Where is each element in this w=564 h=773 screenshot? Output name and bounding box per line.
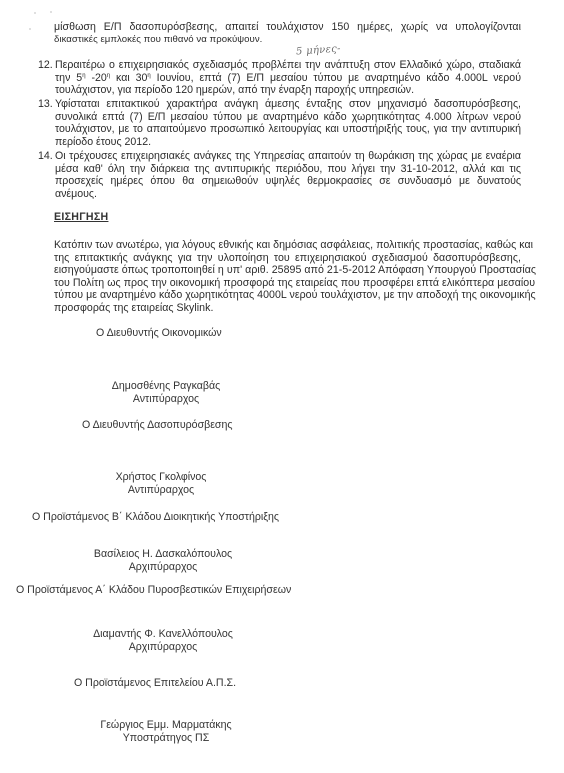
text-line: Κατόπιν των ανωτέρω, για λόγους εθνικής … — [54, 239, 521, 252]
item-number: 14. — [38, 150, 54, 163]
scan-speck — [29, 28, 31, 30]
text-line: εισηγούμαστε όπως τροποποιηθεί η υπ' αρι… — [54, 264, 521, 277]
recommendation-paragraph: Κατόπιν των ανωτέρω, για λόγους εθνικής … — [54, 239, 521, 315]
signatory-rank: Αντιπύραρχος — [104, 393, 228, 406]
signatory-title: Ο Διευθυντής Δασοπυρόσβεσης — [82, 419, 232, 432]
item-number: 13. — [38, 98, 54, 111]
continuation-paragraph: μίσθωση Ε/Π δασοπυρόσβεσης, απαιτεί τουλ… — [54, 21, 521, 46]
signatory-rank: Αρχιπύραρχος — [88, 561, 238, 574]
text-line: προσεχείς ημέρες όπου θα σημειωθούν υψηλ… — [55, 175, 521, 188]
signatory-block: Βασίλειος Η. Δασκαλόπουλος Αρχιπύραρχος — [88, 548, 238, 573]
signatory-block: Γεώργιος Εμμ. Μαρματάκης Υποστράτηγος ΠΣ — [96, 719, 236, 744]
signatory-block: Διαμαντής Φ. Κανελλόπουλος Αρχιπύραρχος — [86, 628, 240, 653]
text-line: περίοδο έτους 2012. — [55, 136, 521, 149]
signatory-name: Χρήστος Γκολφίνος — [112, 471, 210, 484]
text-line: του Πολίτη ως προς την οικονομική προσφο… — [54, 277, 521, 290]
ordinal-superscript: η — [107, 73, 110, 79]
signatory-name: Βασίλειος Η. Δασκαλόπουλος — [88, 548, 238, 561]
ordinal-superscript: η — [82, 73, 85, 79]
signatory-title: Ο Προϊστάμενος Β΄ Κλάδου Διοικητικής Υπο… — [32, 511, 279, 524]
text-line: Περαιτέρω ο επιχειρησιακός σχεδιασμός πρ… — [55, 59, 521, 72]
text-line: μίσθωση Ε/Π δασοπυρόσβεσης, απαιτεί τουλ… — [54, 21, 521, 34]
text-line: δικαστικές εμπλοκές που πιθανό να προκύψ… — [54, 34, 521, 47]
signatory-rank: Αντιπύραρχος — [112, 484, 210, 497]
text-line-with-superscripts: την 5η -20η και 30η Ιουνίου, επτά (7) Ε/… — [55, 72, 521, 85]
signatory-block: Χρήστος Γκολφίνος Αντιπύραρχος — [112, 471, 210, 496]
text-line: προσφοράς της εταιρείας Skylink. — [54, 302, 521, 315]
text-line: Υφίσταται επιτακτικού χαρακτήρα ανάγκη ά… — [55, 98, 521, 111]
ordinal-superscript: η — [147, 73, 150, 79]
text-line: τουλάχιστον, για περίοδο 120 ημερών, από… — [55, 84, 521, 97]
signatory-title: Ο Προϊστάμενος Α΄ Κλάδου Πυροσβεστικών Ε… — [16, 584, 291, 597]
text-line: ανέμους. — [55, 188, 521, 201]
handwritten-note: 5 μήνες- — [296, 43, 342, 57]
signatory-title: Ο Προϊστάμενος Επιτελείου Α.Π.Σ. — [74, 677, 236, 690]
scan-speck — [34, 12, 36, 14]
signatory-name: Δημοσθένης Ραγκαβάς — [104, 380, 228, 393]
signatory-name: Διαμαντής Φ. Κανελλόπουλος — [86, 628, 240, 641]
text-line: τουλάχιστον, με το απαιτούμενο προσωπικό… — [55, 123, 521, 136]
document-page: μίσθωση Ε/Π δασοπυρόσβεσης, απαιτεί τουλ… — [0, 0, 564, 773]
signatory-title: Ο Διευθυντής Οικονομικών — [96, 327, 222, 340]
text-line: της επιτακτικής ανάγκης για την υλοποίησ… — [54, 252, 521, 265]
signatory-rank: Αρχιπύραρχος — [86, 641, 240, 654]
item-number: 12. — [38, 59, 54, 72]
signatory-name: Γεώργιος Εμμ. Μαρματάκης — [96, 719, 236, 732]
text-line: τύπου με αναρτημένο κάδο χωρητικότητας 4… — [54, 289, 521, 302]
text-line: Οι τρέχουσες επιχειρησιακές ανάγκες της … — [55, 150, 521, 163]
signatory-block: Δημοσθένης Ραγκαβάς Αντιπύραρχος — [104, 380, 228, 405]
section-heading: ΕΙΣΗΓΗΣΗ — [54, 211, 108, 223]
signatory-rank: Υποστράτηγος ΠΣ — [96, 732, 236, 745]
scan-speck — [50, 11, 52, 13]
text-line: συνολικά επτά (7) Ε/Π μεσαίου τύπου με α… — [55, 111, 521, 124]
text-line: μέσα καθ' όλη την διάρκεια της αντιπυρικ… — [55, 163, 521, 176]
